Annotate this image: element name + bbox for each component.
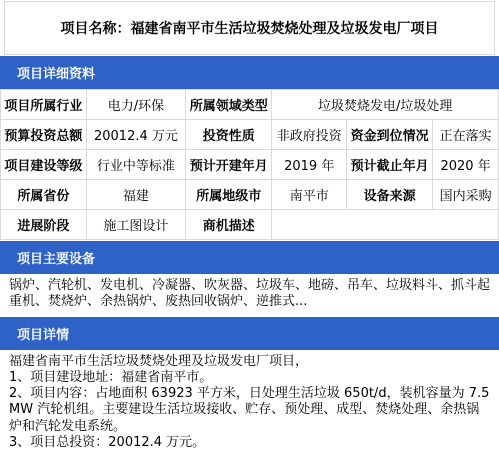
table-row: 项目所属行业 电力/环保 所属领域类型 垃圾焚烧发电/垃圾处理 [1, 90, 499, 120]
field-value: 行业中等标准 [86, 150, 186, 180]
description-line: 福建省南平市生活垃圾焚烧处理及垃圾发电厂项目， [9, 354, 490, 370]
equipment-text: 锅炉、汽轮机、发电机、冷凝器、吹灰器、垃圾车、地磅、吊车、垃圾料斗、抓斗起重机、… [0, 274, 499, 316]
table-row: 进展阶段 施工图设计 商机描述 [1, 210, 499, 240]
field-value: 垃圾焚烧发电/垃圾处理 [272, 90, 499, 120]
description-line: 2、项目内容：占地面积 63923 平方米，日处理生活垃圾 650t/d，装机容… [9, 386, 490, 435]
table-row: 所属省份 福建 所属地级市 南平市 设备来源 国内采购 [1, 180, 499, 210]
section-header-description: 项目详情 [0, 317, 499, 350]
field-label: 项目建设等级 [1, 150, 87, 180]
field-label: 投资性质 [186, 120, 272, 150]
field-label: 进展阶段 [1, 210, 87, 240]
field-value: 20012.4 万元 [86, 120, 186, 150]
description-line: 3、项目总投资：20012.4 万元。 [9, 435, 490, 451]
field-label: 预计开建年月 [186, 150, 272, 180]
field-value: 施工图设计 [86, 210, 186, 240]
field-value: 电力/环保 [86, 90, 186, 120]
field-label: 资金到位情况 [347, 120, 433, 150]
table-row: 预算投资总额 20012.4 万元 投资性质 非政府投资 资金到位情况 正在落实 [1, 120, 499, 150]
field-value: 2020 年 [433, 150, 499, 180]
field-label: 预算投资总额 [1, 120, 87, 150]
field-value: 2019 年 [272, 150, 347, 180]
field-label: 所属地级市 [186, 180, 272, 210]
description-line: 1、项目建设地址：福建省南平市。 [9, 370, 490, 386]
field-label: 项目所属行业 [1, 90, 87, 120]
field-value: 非政府投资 [272, 120, 347, 150]
field-value: 福建 [86, 180, 186, 210]
field-value: 国内采购 [433, 180, 499, 210]
field-label: 所属领域类型 [186, 90, 272, 120]
section-header-details: 项目详细资料 [0, 56, 499, 89]
table-row: 项目建设等级 行业中等标准 预计开建年月 2019 年 预计截止年月 2020 … [1, 150, 499, 180]
field-value: 南平市 [272, 180, 347, 210]
project-details-table: 项目所属行业 电力/环保 所属领域类型 垃圾焚烧发电/垃圾处理 预算投资总额 2… [0, 89, 499, 240]
page-title: 项目名称：福建省南平市生活垃圾焚烧处理及垃圾发电厂项目 [4, 1, 495, 55]
field-label: 设备来源 [347, 180, 433, 210]
field-label: 商机描述 [186, 210, 272, 240]
field-label: 所属省份 [1, 180, 87, 210]
project-report-page: 项目名称：福建省南平市生活垃圾焚烧处理及垃圾发电厂项目 项目详细资料 项目所属行… [0, 1, 499, 456]
section-header-equipment: 项目主要设备 [0, 241, 499, 274]
project-description: 福建省南平市生活垃圾焚烧处理及垃圾发电厂项目， 1、项目建设地址：福建省南平市。… [0, 350, 499, 456]
field-label: 预计截止年月 [347, 150, 433, 180]
field-value [272, 210, 499, 240]
field-value: 正在落实 [433, 120, 499, 150]
